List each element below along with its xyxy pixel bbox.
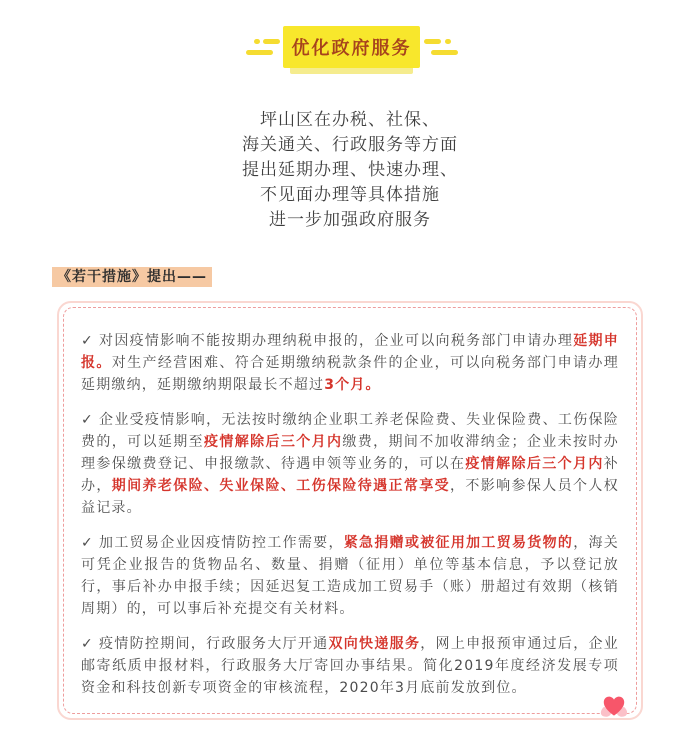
speed-dash-icon: [263, 39, 280, 44]
speed-dash-icon: [254, 39, 260, 44]
measure-highlight: 紧急捐赠或被征用加工贸易货物的: [344, 535, 573, 551]
page-title: 优化政府服务: [292, 34, 412, 60]
measure-item: ✓疫情防控期间，行政服务大厅开通双向快递服务，网上申报预审通过后，企业邮寄纸质申…: [81, 633, 619, 699]
intro-paragraph: 坪山区在办税、社保、 海关通关、行政服务等方面 提出延期办理、快速办理、 不见面…: [0, 108, 700, 233]
measure-text: 对因疫情影响不能按期办理纳税申报的，企业可以向税务部门申请办理: [99, 333, 573, 349]
measure-highlight: 3个月。: [324, 377, 381, 393]
measure-item: ✓企业受疫情影响，无法按时缴纳企业职工养老保险费、失业保险费、工伤保险费的，可以…: [81, 409, 619, 519]
intro-line: 不见面办理等具体措施: [0, 183, 700, 208]
check-icon: ✓: [81, 636, 94, 652]
section-heading-row: 《若干措施》提出——: [52, 266, 700, 287]
measure-highlight: 疫情解除后三个月内: [204, 434, 342, 450]
measures-box: ✓对因疫情影响不能按期办理纳税申报的，企业可以向税务部门申请办理延期申报。对生产…: [57, 301, 643, 720]
heart-in-hands-icon: [597, 689, 631, 721]
check-icon: ✓: [81, 535, 94, 551]
measure-item: ✓加工贸易企业因疫情防控工作需要，紧急捐赠或被征用加工贸易货物的，海关可凭企业报…: [81, 532, 619, 620]
measure-highlight: 期间养老保险、失业保险、工伤保险待遇正常享受: [112, 478, 450, 494]
measure-highlight: 疫情解除后三个月内: [465, 456, 603, 472]
check-icon: ✓: [81, 333, 94, 349]
measures-list: ✓对因疫情影响不能按期办理纳税申报的，企业可以向税务部门申请办理延期申报。对生产…: [63, 307, 637, 714]
measure-highlight: 双向快递服务: [328, 636, 420, 652]
speed-dash-icon: [445, 39, 451, 44]
section-heading: 《若干措施》提出——: [52, 267, 212, 287]
speed-dash-icon: [424, 39, 441, 44]
banner-ribbon: 优化政府服务: [283, 26, 420, 68]
speed-dash-icon: [431, 50, 458, 55]
intro-line: 提出延期办理、快速办理、: [0, 158, 700, 183]
banner: 优化政府服务: [0, 0, 700, 82]
check-icon: ✓: [81, 412, 94, 428]
speed-dash-icon: [246, 50, 273, 55]
measure-text: 疫情防控期间，行政服务大厅开通: [99, 636, 328, 652]
intro-line: 进一步加强政府服务: [0, 208, 700, 233]
intro-line: 坪山区在办税、社保、: [0, 108, 700, 133]
measure-text: 加工贸易企业因疫情防控工作需要，: [99, 535, 344, 551]
intro-line: 海关通关、行政服务等方面: [0, 133, 700, 158]
measure-item: ✓对因疫情影响不能按期办理纳税申报的，企业可以向税务部门申请办理延期申报。对生产…: [81, 330, 619, 396]
